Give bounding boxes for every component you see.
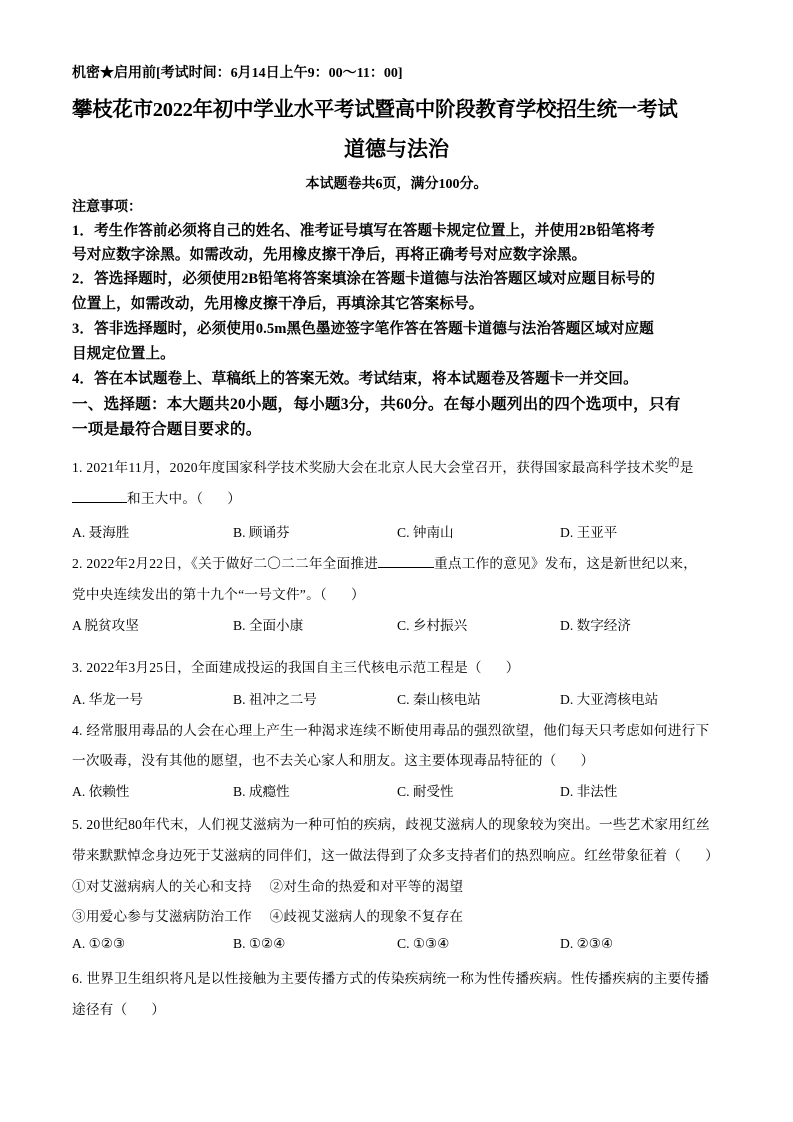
question-2-text: 2. 2022年2月22日，《关于做好二〇二二年全面推进 xyxy=(72,556,378,571)
note-4-line-1: 4．答在本试题卷上、草稿纸上的答案无效。考试结束，将本试题卷及答题卡一并交回。 xyxy=(72,367,638,388)
note-2-line-1: 2．答选择题时，必须使用2B铅笔将答案填涂在答题卡道德与法治答题区域对应题目标号… xyxy=(72,267,655,288)
exam-title: 攀枝花市2022年初中学业水平考试暨高中阶段教育学校招生统一考试 xyxy=(72,92,724,122)
question-1-option-b: B. 顾诵芬 xyxy=(233,521,290,541)
question-2-option-d: D. 数字经济 xyxy=(560,614,631,634)
question-4-stem-line-1: 4. 经常服用毒品的人会在心理上产生一种渴求连续不断使用毒品的强烈欲望，他们每天… xyxy=(72,719,709,739)
note-1-line-2: 号对应数字涂黑。如需改动，先用橡皮擦干净后，再将正确考号对应数字涂黑。 xyxy=(72,243,586,264)
answer-paren-close: ） xyxy=(506,660,520,675)
question-1-text-end: 是 xyxy=(680,460,694,475)
question-1-stem-line-2: 和王大中。（） xyxy=(72,487,241,507)
question-1-option-d: D. 王亚平 xyxy=(560,521,617,541)
answer-blank xyxy=(72,490,127,503)
question-4-option-a: A. 依赖性 xyxy=(72,780,129,800)
score-info: 本试题卷共6页，满分100分。 xyxy=(0,173,793,193)
question-4-option-b: B. 成瘾性 xyxy=(233,780,290,800)
question-2-stem-line-1: 2. 2022年2月22日，《关于做好二〇二二年全面推进重点工作的意见》发布，这… xyxy=(72,552,697,572)
question-3-option-c: C. 秦山核电站 xyxy=(397,688,481,708)
question-3-option-a: A. 华龙一号 xyxy=(72,688,143,708)
section-heading-line-1: 一、选择题：本大题共20小题，每小题3分，共60分。在每小题列出的四个选项中，只… xyxy=(72,392,681,414)
question-5-option-d: D. ②③④ xyxy=(560,936,613,952)
subject-title: 道德与法治 xyxy=(0,133,793,163)
question-6-text-2: 途径有（ xyxy=(72,1002,127,1017)
note-3-line-2: 目规定位置上。 xyxy=(72,342,175,363)
exam-page: 机密★启用前[考试时间：6月14日上午9：00～11：00] 攀枝花市2022年… xyxy=(0,0,793,1122)
note-3-line-1: 3．答非选择题时，必须使用0.5m黑色墨迹签字笔作答在答题卡道德与法治答题区域对… xyxy=(72,317,654,338)
question-1-option-c: C. 钟南山 xyxy=(397,521,454,541)
answer-paren-close: ） xyxy=(151,1002,165,1017)
question-4-text-2: 一次吸毒，没有其他的愿望，也不去关心家人和朋友。这主要体现毒品特征的（ xyxy=(72,753,557,768)
question-3-text: 3. 2022年3月25日，全面建成投运的我国自主三代核电示范工程是（ xyxy=(72,660,482,675)
question-5-statements-line-1: ①对艾滋病病人的关心和支持 ②对生命的热爱和对平等的渴望 xyxy=(72,875,463,895)
question-2-stem-line-2: 党中央连续发出的第十九个“一号文件”。（） xyxy=(72,583,365,603)
question-4-option-d: D. 非法性 xyxy=(560,780,617,800)
question-5-stem-line-1: 5. 20世纪80年代末，人们视艾滋病为一种可怕的疾病，歧视艾滋病人的现象较为突… xyxy=(72,813,710,833)
question-2-option-c: C. 乡村振兴 xyxy=(397,614,467,634)
question-6-stem-line-1: 6. 世界卫生组织将凡是以性接触为主要传播方式的传染疾病统一称为性传播疾病。性传… xyxy=(72,967,709,987)
answer-blank xyxy=(378,555,434,568)
answer-paren-close: ） xyxy=(705,848,719,863)
question-2-text-2: 党中央连续发出的第十九个“一号文件”。（ xyxy=(72,587,327,602)
answer-paren-close: ） xyxy=(351,587,365,602)
question-3-option-d: D. 大亚湾核电站 xyxy=(560,688,658,708)
question-6-stem-line-2: 途径有（） xyxy=(72,998,165,1018)
confidential-notice: 机密★启用前[考试时间：6月14日上午9：00～11：00] xyxy=(72,62,403,82)
note-2-line-2: 位置上，如需改动，先用橡皮擦干净后，再填涂其它答案标号。 xyxy=(72,292,483,313)
question-1-text: 1. 2021年11月，2020年度国家科学技术奖励大会在北京人民大会堂召开，获… xyxy=(72,460,669,475)
notes-heading: 注意事项： xyxy=(72,196,142,216)
question-2-text-end: 重点工作的意见》发布，这是新世纪以来， xyxy=(434,556,697,571)
question-5-option-c: C. ①③④ xyxy=(397,936,449,952)
question-1-sup: 的 xyxy=(669,457,680,469)
question-5-option-b: B. ①②④ xyxy=(233,936,285,952)
question-5-text-2: 带来默默悼念身边死于艾滋病的同伴们，这一做法得到了众多支持者们的热烈响应。红丝带… xyxy=(72,848,681,863)
question-3-option-b: B. 祖冲之二号 xyxy=(233,688,317,708)
question-2-option-b: B. 全面小康 xyxy=(233,614,303,634)
question-1-stem-line-1: 1. 2021年11月，2020年度国家科学技术奖励大会在北京人民大会堂召开，获… xyxy=(72,456,694,476)
answer-paren-close: ） xyxy=(227,491,241,506)
question-5-option-a: A. ①②③ xyxy=(72,936,125,952)
section-heading-line-2: 一项是最符合题目要求的。 xyxy=(72,417,262,439)
question-3-stem-line-1: 3. 2022年3月25日，全面建成投运的我国自主三代核电示范工程是（） xyxy=(72,656,520,676)
question-5-statements-line-2: ③用爱心参与艾滋病防治工作 ④歧视艾滋病人的现象不复存在 xyxy=(72,905,463,925)
question-4-option-c: C. 耐受性 xyxy=(397,780,454,800)
note-1-line-1: 1．考生作答前必须将自己的姓名、准考证号填写在答题卡规定位置上，并使用2B铅笔将… xyxy=(72,219,655,240)
question-5-stem-line-2: 带来默默悼念身边死于艾滋病的同伴们，这一做法得到了众多支持者们的热烈响应。红丝带… xyxy=(72,844,719,864)
question-4-stem-line-2: 一次吸毒，没有其他的愿望，也不去关心家人和朋友。这主要体现毒品特征的（） xyxy=(72,749,594,769)
question-2-option-a: A 脱贫攻坚 xyxy=(72,614,139,634)
question-1-option-a: A. 聂海胜 xyxy=(72,521,129,541)
answer-paren-close: ） xyxy=(581,753,595,768)
question-1-text-2: 和王大中。（ xyxy=(127,491,203,506)
